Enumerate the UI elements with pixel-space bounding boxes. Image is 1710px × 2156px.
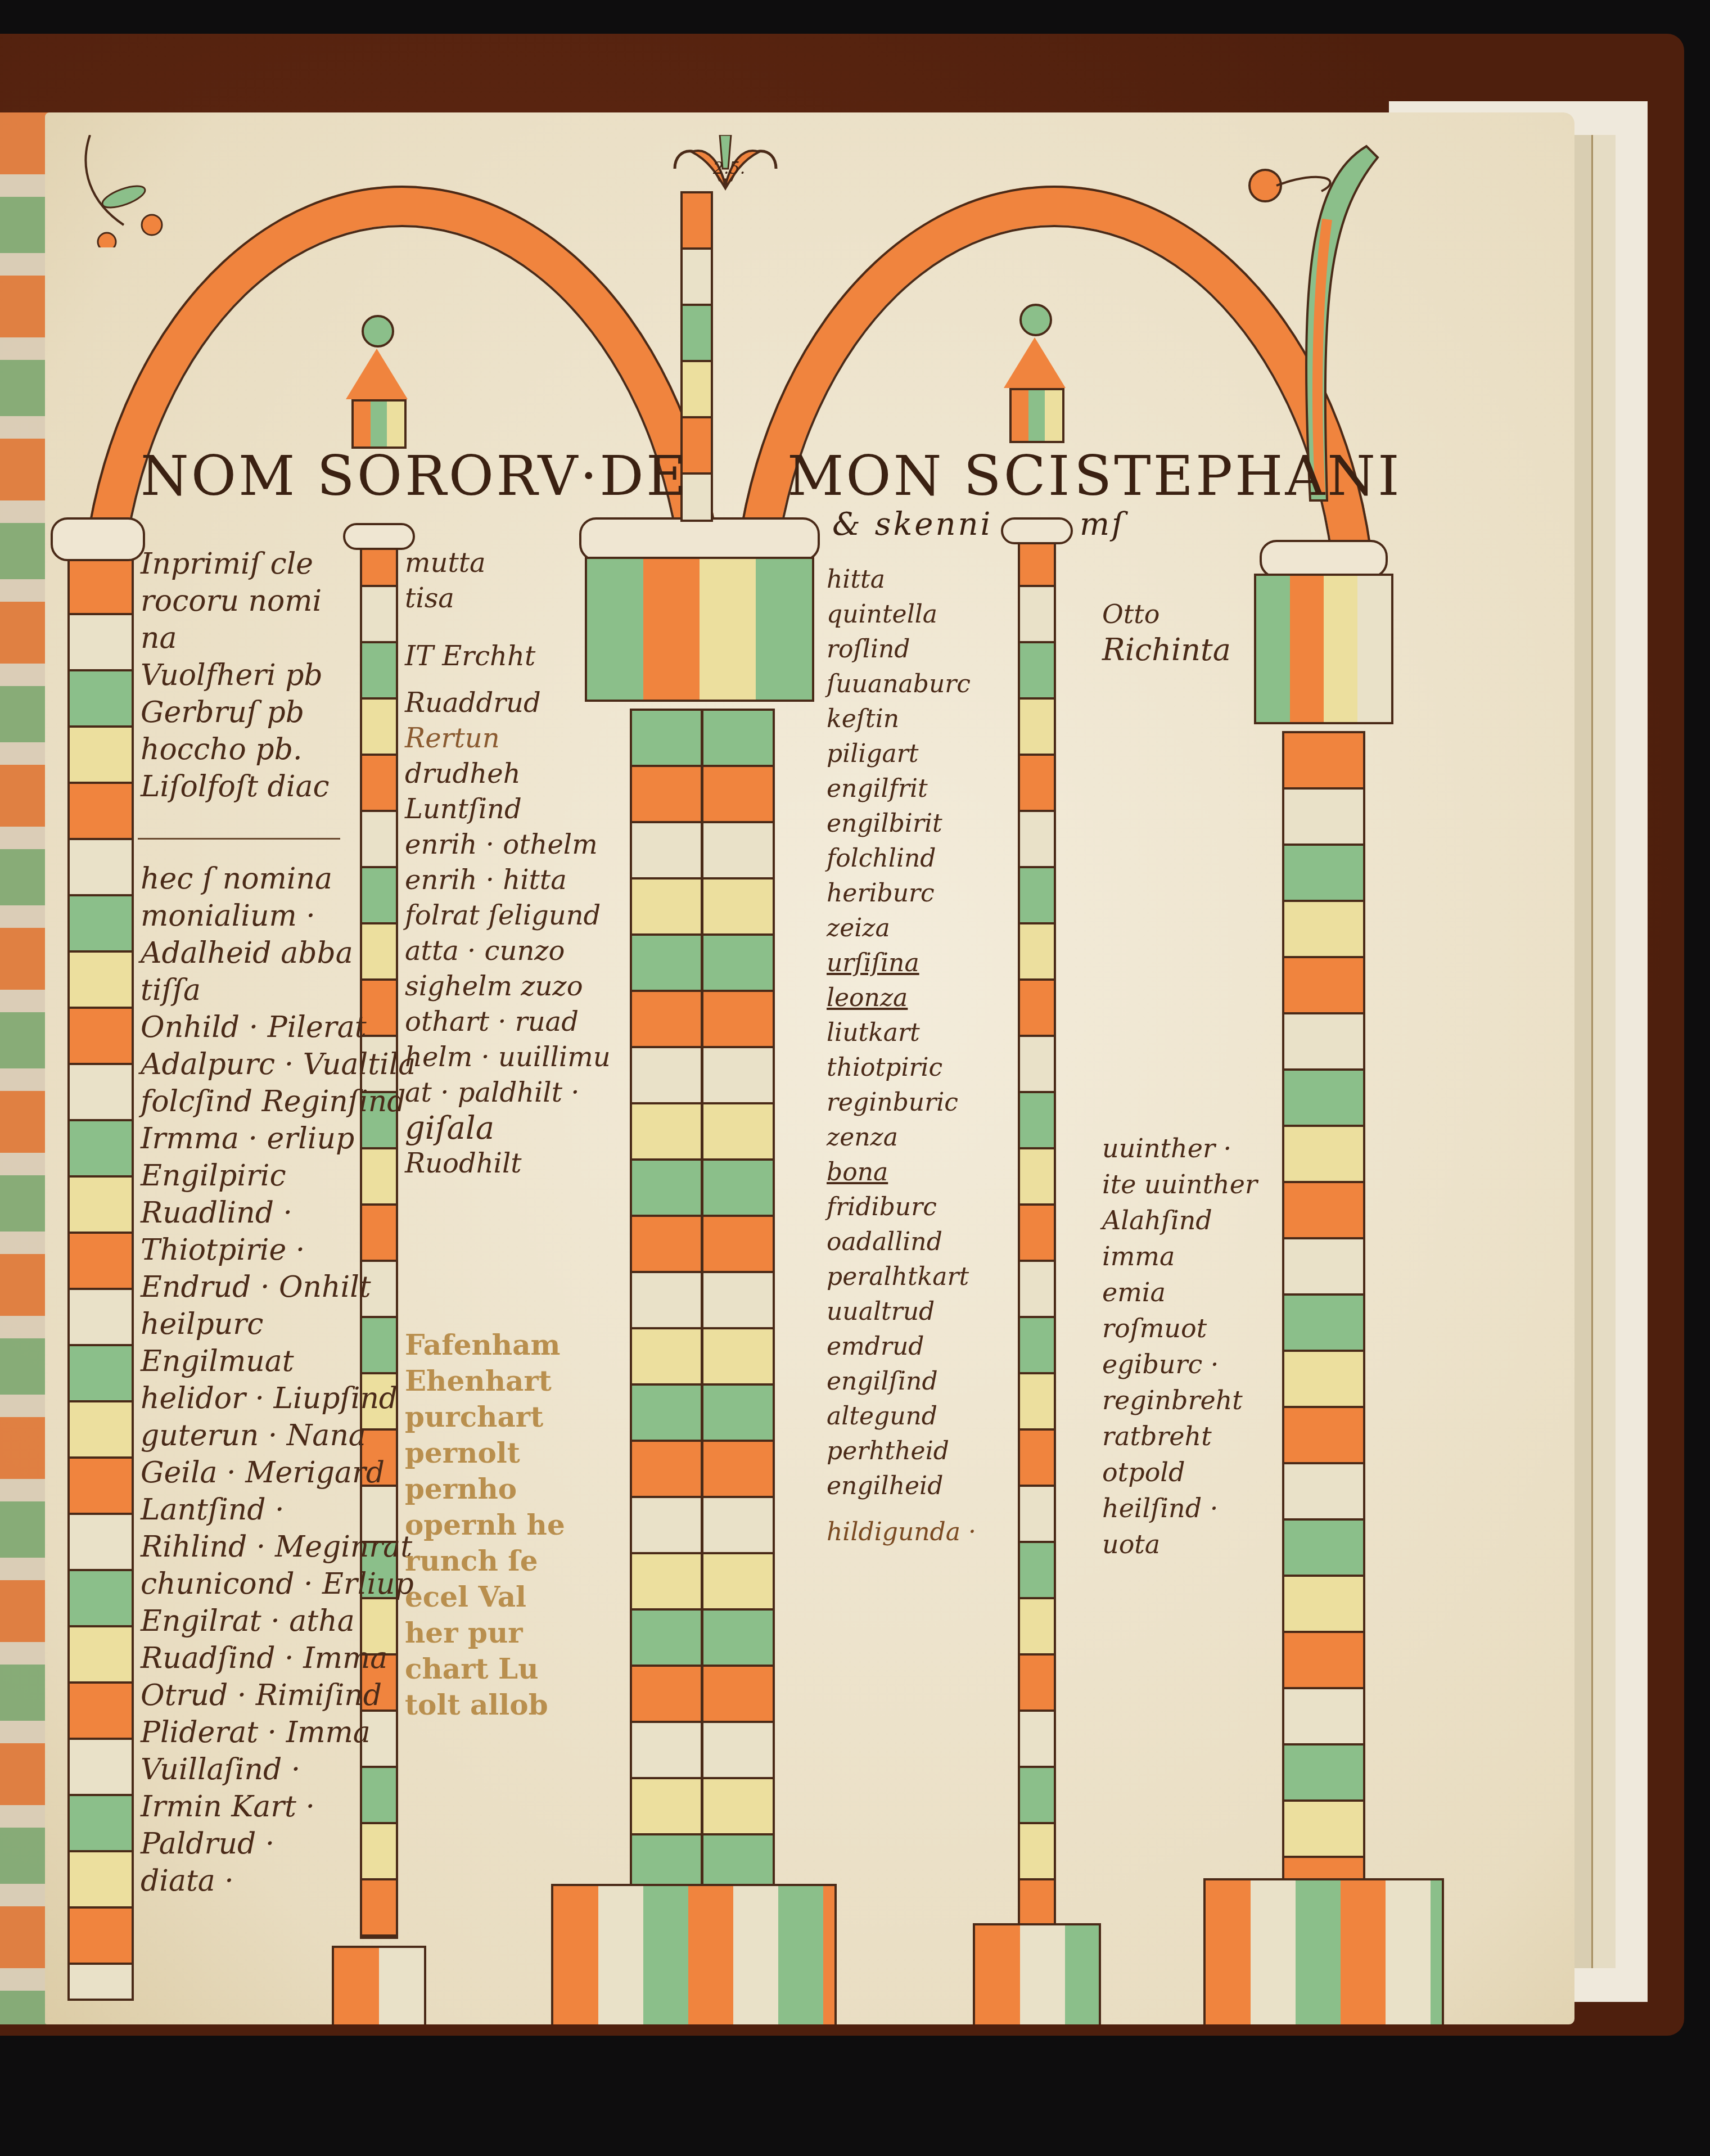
column-slim-2-capital <box>1001 517 1073 544</box>
column-slim-2-base <box>973 1923 1101 2024</box>
nun-name: Adalheid abba <box>141 935 416 972</box>
clergy-name: hoccho pb. <box>141 731 330 768</box>
nun-name: chunicond · Erliup <box>141 1566 416 1603</box>
column-slim-2-block <box>1009 388 1064 443</box>
nun-name: Irmma · erliup <box>141 1120 416 1157</box>
name-entry: quintella <box>827 597 976 632</box>
nuns-intro-line: hec ſ nomina <box>141 860 416 897</box>
name-entry: sighelm zuzo <box>405 969 611 1004</box>
name-entry: leonza <box>827 981 976 1016</box>
column-right-capital <box>1260 540 1388 578</box>
nun-name: heilpurc <box>141 1306 416 1343</box>
faded-name-entry: ecel Val <box>405 1579 565 1615</box>
name-entry: reginburic <box>827 1085 976 1120</box>
heading-part-2: RORV·DE <box>405 444 688 508</box>
column-center-base <box>551 1884 837 2024</box>
name-entry: engilbirit <box>827 806 976 841</box>
name-entry: IT Erchht <box>405 639 611 674</box>
nun-name: guterun · Nana <box>141 1417 416 1454</box>
name-entry: egiburc · <box>1102 1346 1257 1382</box>
column-slim-2-finial <box>1004 337 1066 388</box>
page-edge-layer <box>1591 135 1616 1968</box>
nuns-intro-line: monialium · <box>141 897 416 935</box>
column-4-top-names: Otto Richinta <box>1102 596 1231 668</box>
facing-page-edge <box>0 112 51 2024</box>
faded-name-entry: pernho <box>405 1471 565 1507</box>
name-entry: peralhtkart <box>827 1260 976 1294</box>
clergy-intro-line: Inprimiſ cle <box>141 545 330 583</box>
name-entry: roſlind <box>827 632 976 667</box>
name-entry: zenza <box>827 1120 976 1155</box>
nun-name: Irmin Kart · <box>141 1788 416 1825</box>
name-entry: keſtin <box>827 702 976 737</box>
heading-part-1: NOM SO <box>141 444 404 508</box>
name-entry: imma <box>1102 1238 1257 1274</box>
folio-mark: 2.5. <box>713 159 745 178</box>
leaf-ornament-icon <box>56 135 169 250</box>
name-entry: othart · ruad <box>405 1004 611 1040</box>
nun-name: helidor · Liupſind <box>141 1380 416 1417</box>
column-left-capital <box>51 517 145 561</box>
nun-name: Engilpiric <box>141 1157 416 1194</box>
column-3-names: hitta quintella roſlind ſuuanaburc keſti… <box>827 562 976 1550</box>
section-divider <box>138 838 340 840</box>
faded-name-entry: pernolt <box>405 1435 565 1471</box>
name-entry: uualtrud <box>827 1294 976 1329</box>
faded-name-entry: tolt allob <box>405 1687 565 1723</box>
name-entry: roſmuot <box>1102 1310 1257 1346</box>
nun-name: Engilrat · atha <box>141 1603 416 1640</box>
name-entry: thiotpiric <box>827 1050 976 1085</box>
clergy-name: Liſolfoſt diac <box>141 768 330 805</box>
clergy-name: Vuolfheri pb <box>141 657 330 694</box>
name-entry: hildigunda · <box>827 1515 976 1550</box>
heading-part-4: STEPHANI <box>1074 444 1402 508</box>
faded-name-entry: opernh he <box>405 1507 565 1543</box>
column-2-names: mutta tisa IT Erchht Ruaddrud Rertun dru… <box>405 545 611 1181</box>
nun-name: Engilmuat <box>141 1343 416 1380</box>
column-4-names: uuinther · ite uuinther Alahſind imma em… <box>1102 1130 1257 1562</box>
name-entry: enrih · othelm <box>405 827 611 863</box>
name-entry: engilſind <box>827 1364 976 1399</box>
column-slim-1-base <box>332 1946 426 2024</box>
name-entry: emdrud <box>827 1329 976 1364</box>
column-slim-1-block <box>351 399 407 449</box>
name-entry: fridiburc <box>827 1190 976 1225</box>
name-entry: Alahſind <box>1102 1202 1257 1238</box>
name-entry: atta · cunzo <box>405 933 611 969</box>
name-entry: Ruodhilt <box>405 1146 611 1181</box>
nun-name: Thiotpirie · <box>141 1232 416 1269</box>
name-entry: heriburc <box>827 876 976 911</box>
nun-name: tiſſa <box>141 972 416 1009</box>
name-entry: otpold <box>1102 1454 1257 1490</box>
name-entry: Richinta <box>1102 632 1231 668</box>
nun-name: Lantſind · <box>141 1491 416 1528</box>
nun-name: Rihlind · Meginrat <box>141 1528 416 1566</box>
nun-name: folcſind Reginſind <box>141 1083 416 1120</box>
column-right <box>1282 731 1365 1945</box>
nun-name: Pliderat · Imma <box>141 1714 416 1751</box>
clergy-name: Gerbruſ pb <box>141 694 330 731</box>
clergy-intro-line: rocoru nomi <box>141 583 330 620</box>
heading-part-3: MON SCI <box>787 444 1072 508</box>
nun-name: Vuillaſind · <box>141 1751 416 1788</box>
name-entry: engilfrit <box>827 772 976 806</box>
faded-name-entry: Fafenham <box>405 1327 565 1363</box>
column-right-block <box>1254 574 1393 724</box>
name-entry: helm · uuillimu <box>405 1040 611 1075</box>
column-center <box>630 709 775 1950</box>
name-entry: ſuuanaburc <box>827 667 976 702</box>
column-left <box>67 557 134 2001</box>
name-entry: altegund <box>827 1399 976 1434</box>
name-entry: Otto <box>1102 596 1231 632</box>
faded-name-entry: chart Lu <box>405 1651 565 1687</box>
name-entry: urſiſina <box>827 946 976 981</box>
nun-name: Endrud · Onhilt <box>141 1269 416 1306</box>
name-entry: liutkart <box>827 1016 976 1050</box>
name-entry: Ruaddrud <box>405 685 611 721</box>
clergy-list: Inprimiſ cle rocoru nomi na Vuolfheri pb… <box>141 545 330 805</box>
name-entry: hitta <box>827 562 976 597</box>
name-entry: enrih · hitta <box>405 863 611 898</box>
name-entry: zeiza <box>827 911 976 946</box>
name-entry: giſala <box>405 1111 611 1146</box>
name-entry: uuinther · <box>1102 1130 1257 1166</box>
column-slim-1-capital <box>343 523 415 550</box>
name-entry: bona <box>827 1155 976 1190</box>
nun-name: Geila · Merigard <box>141 1454 416 1491</box>
faded-name-entry: purchart <box>405 1399 565 1435</box>
nun-name: Ruadſind · Imma <box>141 1640 416 1677</box>
column-slim-1-ball <box>362 315 394 348</box>
name-entry: drudheh <box>405 756 611 792</box>
heading-continuation-right: mſ <box>1080 506 1126 543</box>
faded-name-entry: Ehenhart <box>405 1363 565 1399</box>
name-entry: engilheid <box>827 1469 976 1504</box>
name-entry: Rertun <box>405 721 611 756</box>
name-entry: Luntſind <box>405 792 611 827</box>
nun-name: Paldrud · <box>141 1825 416 1862</box>
nun-name: Ruadlind · <box>141 1194 416 1232</box>
name-entry: mutta <box>405 545 611 581</box>
name-entry: tisa <box>405 581 611 616</box>
name-entry: ratbreht <box>1102 1418 1257 1454</box>
faded-name-entry: her pur <box>405 1615 565 1651</box>
name-entry: ite uuinther <box>1102 1166 1257 1202</box>
column-slim-2 <box>1018 529 1056 1939</box>
name-entry: at · paldhilt · <box>405 1075 611 1111</box>
column-2-faded-names: Fafenham Ehenhart purchart pernolt pernh… <box>405 1327 565 1723</box>
heading-continuation-left: & skenni <box>832 506 993 543</box>
nun-name: Adalpurc · Vualtila <box>141 1046 416 1083</box>
name-entry: folrat ſeligund <box>405 898 611 933</box>
column-center-capital <box>579 517 820 561</box>
nun-name: Otrud · Rimiſind <box>141 1677 416 1714</box>
column-center-block <box>585 557 814 702</box>
name-entry: heilſind · <box>1102 1490 1257 1526</box>
name-entry: piligart <box>827 737 976 772</box>
column-right-base <box>1203 1878 1444 2024</box>
faded-name-entry: runch ſe <box>405 1543 565 1579</box>
nun-name: Onhild · Pilerat <box>141 1009 416 1046</box>
name-entry: emia <box>1102 1274 1257 1310</box>
name-entry: uota <box>1102 1526 1257 1562</box>
nun-name: diata · <box>141 1862 416 1900</box>
nuns-list: hec ſ nomina monialium · Adalheid abba t… <box>141 860 416 1900</box>
column-slim-2-ball <box>1019 304 1052 336</box>
manuscript-page: 2.5. NOM SO RORV·DE M <box>45 112 1574 2024</box>
column-slim-1-finial <box>346 349 408 399</box>
name-entry: reginbreht <box>1102 1382 1257 1418</box>
name-entry: oadallind <box>827 1225 976 1260</box>
name-entry: perhtheid <box>827 1434 976 1469</box>
name-entry: folchlind <box>827 841 976 876</box>
clergy-intro-line: na <box>141 620 330 657</box>
